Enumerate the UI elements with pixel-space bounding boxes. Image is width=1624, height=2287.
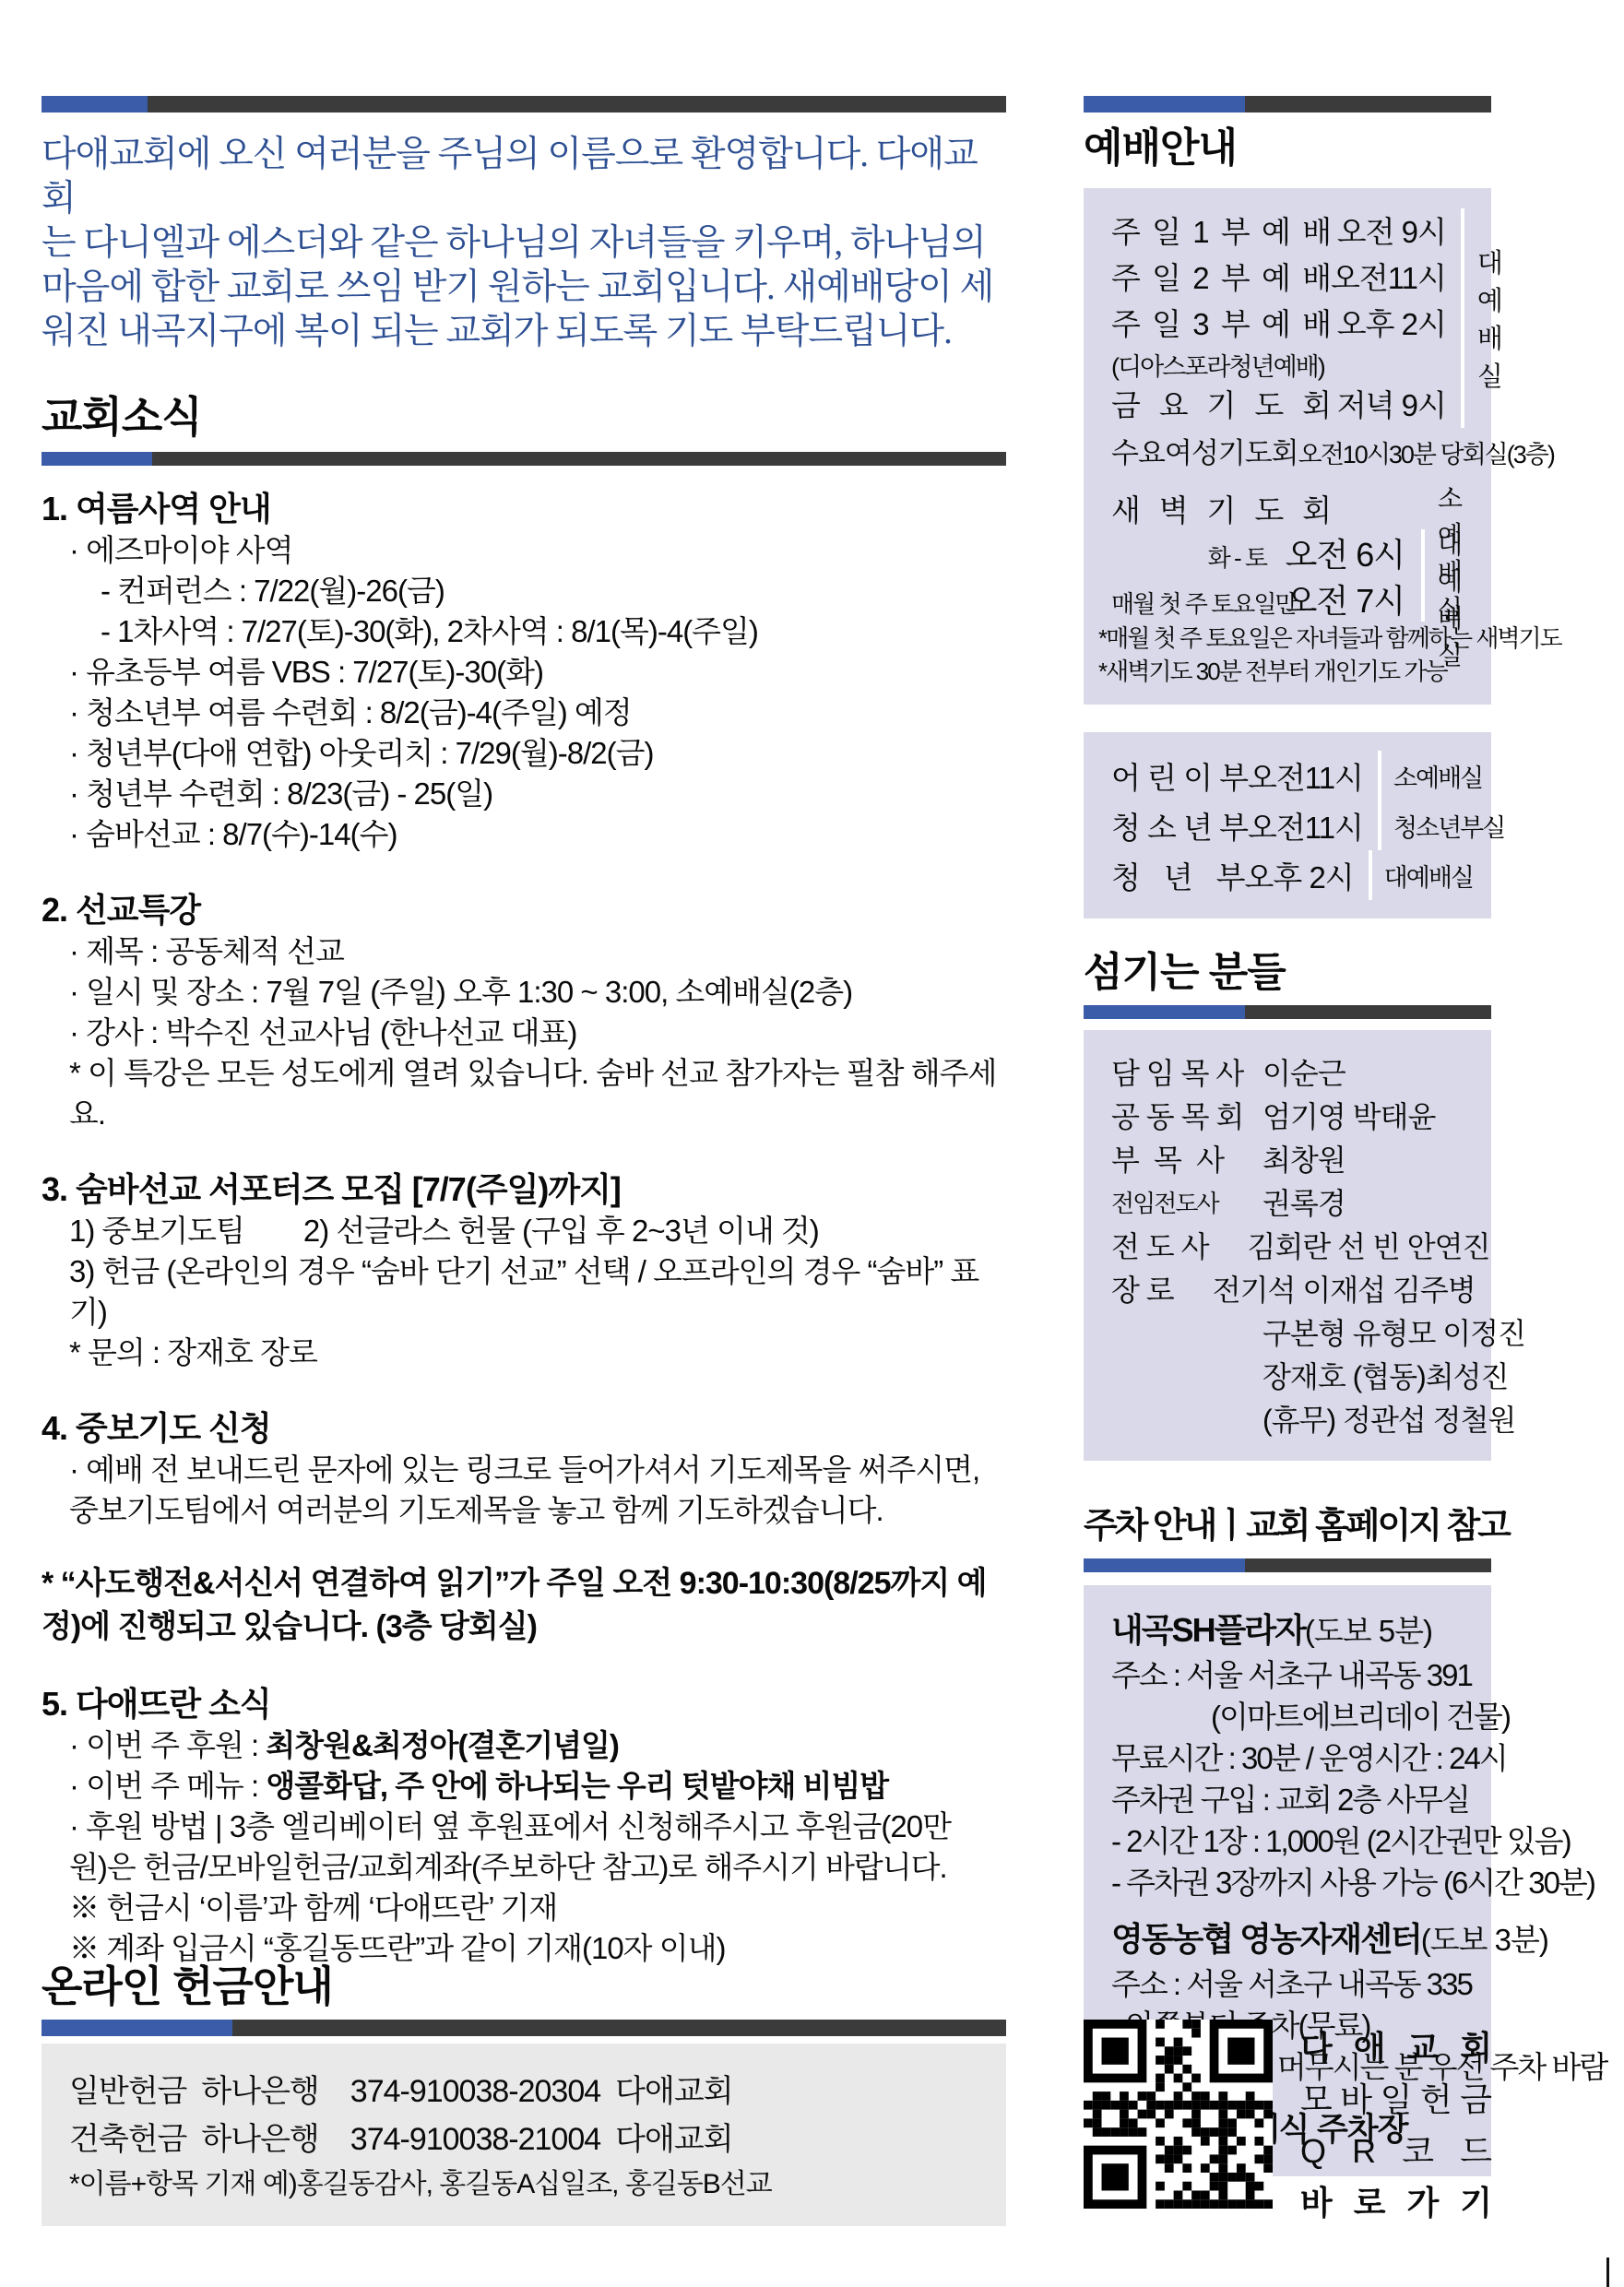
news-line: · 일시 및 장소 : 7월 7일 (주일) 오후 1:30 ~ 3:00, 소…: [41, 972, 1006, 1013]
news-line: · 숨바선교 : 8/7(수)-14(수): [41, 814, 1006, 855]
news-line: 1) 중보기도팀 2) 선글라스 헌물 (구입 후 2~3년 이내 것): [41, 1211, 1006, 1251]
service-room: 대예배실: [1461, 208, 1501, 428]
news-line: · 예배 전 보내드린 문자에 있는 링크로 들어가셔서 기도제목을 써주시면,: [41, 1450, 1006, 1490]
servant-row: 부 목 사 최창원: [1111, 1139, 1473, 1182]
news-line-menu: · 이번 주 메뉴 : 앵콜화답, 주 안에 하나되는 우리 텃밭야채 비빔밥: [41, 1766, 1006, 1807]
welcome-line: 워진 내곡지구에 복이 되는 교회가 되도록 기도 부탁드립니다.: [41, 310, 1006, 354]
menu-label: · 이번 주 메뉴 :: [69, 1769, 266, 1803]
top-divider-bar: [41, 96, 1006, 113]
news-item-heading: 5. 다애뜨란 소식: [41, 1683, 1006, 1725]
qr-code-image: [1084, 2015, 1273, 2213]
service-name: 주 일 2 부 예 배: [1111, 255, 1331, 298]
servant-role: 장 로: [1111, 1269, 1174, 1312]
servant-row: 장 로 전기석 이재섭 김주병: [1111, 1269, 1473, 1312]
parking-divider-bar: [1084, 1558, 1491, 1572]
service-time: 오후 2시: [1331, 301, 1461, 344]
service-name: 주 일 1 부 예 배: [1111, 208, 1331, 252]
bank-name: 하나은행: [201, 2068, 318, 2115]
service-time: 저녁 9시: [1331, 382, 1461, 425]
department-row: 어 린 이 부 오전11시 소예배실: [1111, 751, 1473, 800]
department-time: 오전11시: [1248, 754, 1363, 798]
news-line: · 강사 : 박수진 선교사님 (한나선교 대표): [41, 1013, 1006, 1053]
news-line-sponsor: · 이번 주 후원 : 최창원&최정아(결혼기념일): [41, 1725, 1006, 1766]
online-giving-divider-bar: [41, 2020, 1006, 2036]
news-item-summer-ministry: 1. 여름사역 안내 · 에즈마이야 사역 - 컨퍼런스 : 7/22(월)-2…: [41, 488, 1006, 855]
dawn-time: 오전 7시: [1266, 575, 1405, 622]
news-section-title: 교회소식: [41, 393, 1006, 441]
qr-caption-line: 모 바 일 헌 금: [1300, 2074, 1491, 2126]
note-line: 정)에 진행되고 있습니다. (3층 당회실): [41, 1606, 1006, 1649]
servant-names: 전기석 이재섭 김주병: [1213, 1269, 1476, 1312]
divider-bar-accent: [41, 96, 148, 113]
news-item-heading: 2. 선교특강: [41, 889, 1006, 931]
account-holder: 다애교회: [615, 2115, 732, 2163]
parking-detail-line: 무료시간 : 30분 / 운영시간 : 24시: [1111, 1737, 1476, 1779]
parking-detail-line: - 주차권 3장까지 사용 가능 (6시간 30분): [1111, 1862, 1476, 1903]
elder-names-line: (휴무) 정관섭 정철원: [1262, 1399, 1473, 1442]
worship-section-title: 예배안내: [1084, 124, 1491, 173]
news-divider-bar: [41, 452, 1006, 466]
news-line: ※ 헌금시 ‘이름’과 함께 ‘다애뜨란’ 기재: [41, 1888, 1006, 1928]
parking-detail-line: - 2시간 1장 : 1,000원 (2시간권만 있음): [1111, 1820, 1476, 1862]
news-item-mission-lecture: 2. 선교특강 · 제목 : 공동체적 선교 · 일시 및 장소 : 7월 7일…: [41, 889, 1006, 1134]
servant-names: 김회란 선 빈 안연진: [1248, 1226, 1490, 1269]
servants-section-title: 섬기는 분들: [1084, 948, 1491, 998]
parking-lot-name-row: 영동농협 영농자재센터(도보 3분): [1111, 1916, 1476, 1963]
parking-section-title: 주차 안내ㅣ교회 홈페이지 참고: [1084, 1501, 1491, 1551]
department-room: 소예배실: [1378, 751, 1482, 800]
dawn-prayer-title: 새 벽 기 도 회: [1111, 487, 1331, 529]
parking-walk-time: (도보 3분): [1421, 1923, 1548, 1957]
news-line: 중보기도팀에서 여러분의 기도제목을 놓고 함께 기도하겠습니다.: [41, 1490, 1006, 1531]
servant-role: 담 임 목 사: [1111, 1052, 1224, 1096]
department-time: 오후 2시: [1245, 854, 1354, 897]
giving-type: 일반헌금: [69, 2068, 186, 2115]
service-time: 오전 9시: [1331, 208, 1461, 252]
sponsor-label: · 이번 주 후원 :: [69, 1728, 266, 1762]
worship-divider-bar: [1084, 96, 1491, 113]
welcome-line: 다애교회에 오신 여러분을 주님의 이름으로 환영합니다. 다애교회: [41, 133, 1006, 221]
dawn-note: *매월 첫 주 토요일은 자녀들과 함께하는 새벽기도: [1098, 622, 1473, 655]
giving-account-row: 일반헌금 하나은행 374-910038-20304 다애교회: [69, 2068, 978, 2115]
elder-names-line: 장재호 (협동)최성진: [1262, 1356, 1473, 1399]
sunday-services-group: 주 일 1 부 예 배 오전 9시 주 일 2 부 예 배 오전11시 주 일 …: [1111, 208, 1473, 428]
bank-name: 하나은행: [201, 2115, 318, 2163]
giving-type: 건축헌금: [69, 2115, 186, 2163]
sponsor-value: 최창원&최정아(결혼기념일): [266, 1728, 618, 1762]
department-name: 청 년 부: [1111, 854, 1245, 897]
parking-lot-name: 내곡SH플라자: [1111, 1611, 1305, 1649]
service-time: 오전11시: [1331, 255, 1461, 298]
note-line: * “사도행전&서신서 연결하여 읽기”가 주일 오전 9:30-10:30(8…: [41, 1562, 1006, 1606]
servant-row: 공 동 목 회 엄기영 박태윤: [1111, 1096, 1473, 1139]
department-row: 청 소 년 부 오전11시 청소년부실: [1111, 800, 1473, 850]
news-item-heading: 4. 중보기도 신청: [41, 1407, 1006, 1450]
dawn-prayer-row: 화 - 토 오전 6시 소예배실: [1111, 529, 1473, 575]
wednesday-prayer-row: 수요여성기도회 오전10시30분 당회실(3층): [1111, 430, 1473, 478]
parking-detail-line: 주소 : 서울 서초구 내곡동 391: [1111, 1654, 1476, 1696]
department-time: 오전11시: [1248, 804, 1363, 847]
news-item-sumba-supporters: 3. 숨바선교 서포터즈 모집 [7/7(주일)까지] 1) 중보기도팀 2) …: [41, 1168, 1006, 1373]
news-line: · 유초등부 여름 VBS : 7/27(토)-30(화): [41, 652, 1006, 693]
servant-names: 이순근: [1262, 1052, 1473, 1096]
right-column: 예배안내 주 일 1 부 예 배 오전 9시 주 일 2 부 예 배 오전11시…: [1084, 0, 1491, 2176]
service-subnote: (디아스포라청년예배): [1111, 347, 1461, 382]
divider-bar-accent: [1084, 1558, 1245, 1572]
left-column: 다애교회에 오신 여러분을 주님의 이름으로 환영합니다. 다애교회 는 다니엘…: [41, 0, 1006, 1969]
servant-row: 담 임 목 사 이순근: [1111, 1052, 1473, 1096]
servant-row: 전 도 사 김회란 선 빈 안연진: [1111, 1226, 1473, 1269]
account-number: 374-910038-20304: [350, 2068, 600, 2115]
servant-role: 전 도 사: [1111, 1226, 1209, 1269]
news-item-heading: 1. 여름사역 안내: [41, 488, 1006, 530]
news-line: · 청년부(다애 연합) 아웃리치 : 7/29(월)-8/2(금): [41, 733, 1006, 774]
news-line: * 문의 : 장재호 장로: [41, 1333, 1006, 1373]
qr-caption: 다 애 교 회 모 바 일 헌 금 Q R 코 드 바 로 가 기: [1300, 2015, 1491, 2229]
parking-detail-line: 주차권 구입 : 교회 2층 사무실: [1111, 1779, 1476, 1820]
online-giving-box: 일반헌금 하나은행 374-910038-20304 다애교회 건축헌금 하나은…: [41, 2044, 1006, 2226]
news-line: · 후원 방법 | 3층 엘리베이터 옆 후원표에서 신청해주시고 후원금(20…: [41, 1807, 1006, 1847]
servant-row: 전임전도사 권록경: [1111, 1182, 1473, 1226]
bible-reading-note: * “사도행전&서신서 연결하여 읽기”가 주일 오전 9:30-10:30(8…: [41, 1562, 1006, 1649]
welcome-line: 는 다니엘과 에스더와 같은 하나님의 자녀들을 키우며, 하나님의: [41, 221, 1006, 266]
parking-detail-line: (이마트에브리데이 건물): [1111, 1696, 1476, 1737]
servant-names: 권록경: [1262, 1182, 1473, 1226]
news-item-intercessory-prayer: 4. 중보기도 신청 · 예배 전 보내드린 문자에 있는 링크로 들어가셔서 …: [41, 1407, 1006, 1531]
service-name: 주 일 3 부 예 배: [1111, 301, 1331, 344]
qr-caption-line: Q R 코 드: [1300, 2126, 1491, 2177]
news-line: · 제목 : 공동체적 선교: [41, 931, 1006, 972]
servants-box: 담 임 목 사 이순근 공 동 목 회 엄기영 박태윤 부 목 사 최창원 전임…: [1084, 1030, 1491, 1461]
department-room: 청소년부실: [1378, 800, 1504, 850]
welcome-line: 마음에 합한 교회로 쓰임 받기 원하는 교회입니다. 새예배당이 세: [41, 266, 1006, 310]
servant-role: 부 목 사: [1111, 1139, 1224, 1182]
dawn-days: 화 - 토: [1111, 539, 1266, 574]
servant-names: 엄기영 박태윤: [1262, 1096, 1473, 1139]
dawn-prayer-row: 매월 첫 주 토요일만 오전 7시 대예배실: [1111, 575, 1473, 622]
dawn-note: *새벽기도 30분 전부터 개인기도 가능: [1098, 655, 1473, 688]
news-line: 3) 헌금 (온라인의 경우 “숨바 단기 선교” 선택 / 오프라인의 경우 …: [41, 1251, 1006, 1333]
servant-role: 공 동 목 회: [1111, 1096, 1224, 1139]
service-row: 주 일 2 부 예 배 오전11시: [1111, 255, 1461, 301]
welcome-paragraph: 다애교회에 오신 여러분을 주님의 이름으로 환영합니다. 다애교회 는 다니엘…: [41, 133, 1006, 354]
print-crop-mark: [1606, 2257, 1609, 2287]
department-name: 청 소 년 부: [1111, 804, 1248, 847]
dawn-days: 매월 첫 주 토요일만: [1111, 586, 1266, 620]
news-line: · 청소년부 여름 수련회 : 8/2(금)-4(주일) 예정: [41, 693, 1006, 733]
giving-note: *이름+항목 기재 예)홍길동감사, 홍길동A십일조, 홍길동B선교: [69, 2163, 978, 2206]
divider-bar-accent: [1084, 1005, 1245, 1019]
department-row: 청 년 부 오후 2시 대예배실: [1111, 850, 1473, 900]
news-line: · 청년부 수련회 : 8/23(금) - 25(일): [41, 774, 1006, 814]
service-time: 오전10시30분 당회실(3층): [1298, 434, 1554, 470]
account-number: 374-910038-21004: [350, 2115, 600, 2163]
department-room: 대예배실: [1369, 850, 1473, 900]
service-name: 금 요 기 도 회: [1111, 382, 1331, 425]
online-giving-title: 온라인 헌금안내: [41, 1962, 1006, 2010]
news-line: * 이 특강은 모든 성도에게 열려 있습니다. 숨바 선교 참가자는 필참 해…: [41, 1053, 1006, 1134]
news-line: - 컨퍼런스 : 7/22(월)-26(금): [41, 571, 1006, 611]
account-holder: 다애교회: [615, 2068, 732, 2115]
department-services-box: 어 린 이 부 오전11시 소예배실 청 소 년 부 오전11시 청소년부실 청…: [1084, 732, 1491, 918]
divider-bar-accent: [1084, 96, 1245, 113]
dawn-time: 오전 6시: [1266, 529, 1405, 576]
mobile-giving-qr-section: 다 애 교 회 모 바 일 헌 금 Q R 코 드 바 로 가 기: [1084, 2015, 1491, 2229]
online-giving-section: 온라인 헌금안내 일반헌금 하나은행 374-910038-20304 다애교회…: [41, 1962, 1006, 2226]
servant-names: 최창원: [1262, 1139, 1473, 1182]
service-row: 금 요 기 도 회 저녁 9시: [1111, 382, 1461, 428]
servant-role: 전임전도사: [1111, 1182, 1224, 1226]
worship-schedule-box: 주 일 1 부 예 배 오전 9시 주 일 2 부 예 배 오전11시 주 일 …: [1084, 188, 1491, 705]
parking-lot-name-row: 내곡SH플라자(도보 5분): [1111, 1607, 1476, 1654]
service-row: 주 일 1 부 예 배 오전 9시: [1111, 208, 1461, 255]
elder-names-line: 구본형 유형모 이정진: [1262, 1312, 1473, 1356]
parking-detail-line: 주소 : 서울 서초구 내곡동 335: [1111, 1963, 1476, 2005]
department-name: 어 린 이 부: [1111, 754, 1248, 798]
news-line: 원)은 헌금/모바일헌금/교회계좌(주보하단 참고)로 해주시기 바랍니다.: [41, 1847, 1006, 1888]
news-line: - 1차사역 : 7/27(토)-30(화), 2차사역 : 8/1(목)-4(…: [41, 611, 1006, 652]
parking-walk-time: (도보 5분): [1305, 1614, 1432, 1648]
giving-account-row: 건축헌금 하나은행 374-910038-21004 다애교회: [69, 2115, 978, 2163]
divider-bar-accent: [41, 2020, 232, 2036]
service-name: 수요여성기도회: [1111, 430, 1298, 471]
qr-caption-line: 바 로 가 기: [1300, 2177, 1491, 2229]
news-item-daetteuran: 5. 다애뜨란 소식 · 이번 주 후원 : 최창원&최정아(결혼기념일) · …: [41, 1683, 1006, 1969]
dawn-room: 대예배실: [1421, 575, 1473, 622]
service-row: 주 일 3 부 예 배 오후 2시: [1111, 301, 1461, 347]
parking-lot-name: 영동농협 영농자재센터: [1111, 1920, 1421, 1958]
menu-value: 앵콜화답, 주 안에 하나되는 우리 텃밭야채 비빔밥: [266, 1769, 888, 1803]
divider-bar-accent: [41, 452, 152, 466]
news-line: · 에즈마이야 사역: [41, 530, 1006, 571]
qr-caption-line: 다 애 교 회: [1300, 2022, 1491, 2074]
servants-divider-bar: [1084, 1005, 1491, 1019]
news-item-heading: 3. 숨바선교 서포터즈 모집 [7/7(주일)까지]: [41, 1168, 1006, 1211]
